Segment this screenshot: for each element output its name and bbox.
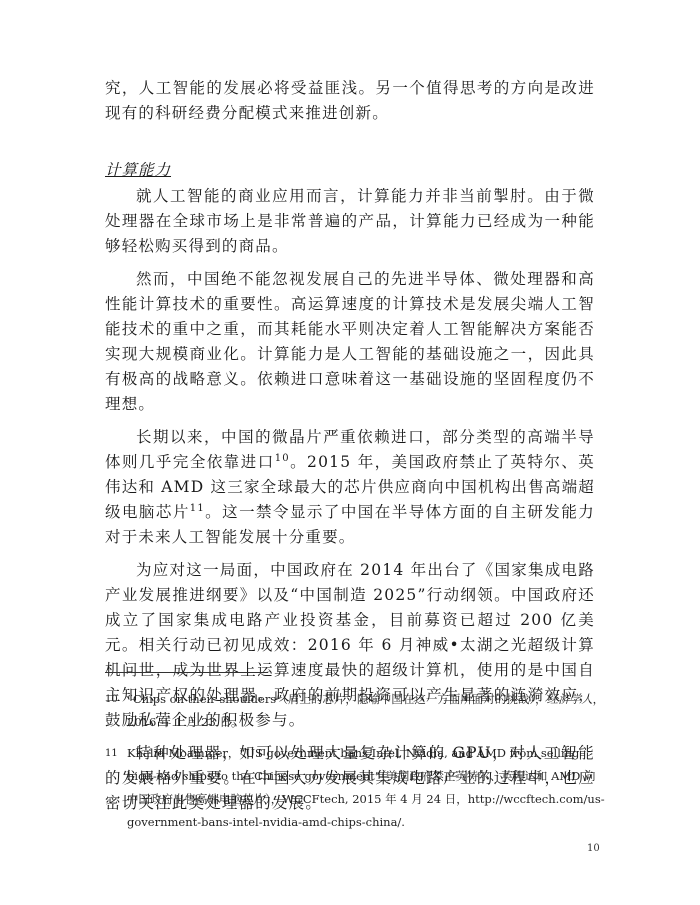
footnote-ref-11[interactable]: 11 [190,503,205,514]
footnote-ref-10[interactable]: 10 [275,453,290,464]
paragraph-semiconductor-importance: 然而，中国绝不能忽视发展自己的先进半导体、微处理器和高性能计算技术的重要性。高运… [105,267,595,417]
footnote-number: 11 [105,742,118,765]
footnote-text: Khalid Moammer，“US government bans Intel… [105,742,605,834]
footnote-title: “Chips on their shoulders” [127,692,282,706]
paragraph-text: 究，人工智能的发展必将受益匪浅。另一个值得思考的方向是改进现有的科研经费分配模式… [105,76,595,126]
footnote-gloss: （肩上的芯片，隐喻中国在这一方面所面对的挑战）， [282,692,547,706]
paragraph-commercial-computing: 就人工智能的商业应用而言，计算能力并非当前掣肘。由于微处理器在全球市场上是非常普… [105,184,595,259]
footnote-number: 10 [105,688,118,711]
footnote-text: “Chips on their shoulders”（肩上的芯片，隐喻中国在这一… [105,688,605,734]
document-page: 究，人工智能的发展必将受益匪浅。另一个值得思考的方向是改进现有的科研经费分配模式… [0,0,700,905]
footnote-10: 10 “Chips on their shoulders”（肩上的芯片，隐喻中国… [105,688,605,734]
section-heading: 计算能力 [105,158,171,180]
intro-paragraph: 究，人工智能的发展必将受益匪浅。另一个值得思考的方向是改进现有的科研经费分配模式… [105,76,595,126]
page-number: 10 [587,843,600,854]
footnote-11: 11 Khalid Moammer，“US government bans In… [105,742,605,834]
paragraph-import-dependence: 长期以来，中国的微晶片严重依赖进口，部分类型的高端半导体则几乎完全依靠进口10。… [105,425,595,550]
footnote-source: 经济学人 [547,692,593,706]
footnote-divider [105,672,268,673]
